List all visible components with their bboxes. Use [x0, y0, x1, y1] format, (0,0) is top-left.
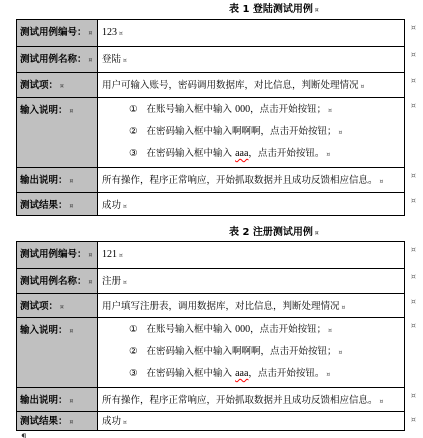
row-label: 输入说明：: [20, 325, 68, 336]
end-of-cell-mark-icon: ¤: [339, 129, 343, 136]
input-step-3: ③ 在密码输入框中输入 aaa，点击开始按钮。¤: [102, 367, 402, 381]
step-latin-value: 000: [235, 104, 250, 115]
end-of-cell-mark-icon: ¤: [123, 57, 127, 64]
table-2-caption: 表 2 注册测试用例¤: [229, 227, 319, 240]
end-of-cell-mark-icon: ¤: [119, 252, 123, 259]
row-label-cell: 输出说明：¤: [17, 388, 98, 411]
test-item-value: 用户可输入账号，密码调用数据库，对比信息，判断处理情况: [102, 80, 359, 91]
row-label-cell: 输入说明：¤: [17, 318, 98, 387]
table-row-output-description: 输出说明：¤ 所有操作，程序正常响应，开始抓取数据并且成功反馈相应信息。¤ ¤: [17, 388, 404, 412]
circled-2-icon: ②: [129, 125, 138, 139]
table-row-input-description: 输入说明：¤ ① 在账号输入框中输入 000，点击开始按钮；¤ ② 在密码输入框…: [17, 98, 404, 168]
end-of-cell-mark-icon: ¤: [70, 328, 74, 335]
row-value-cell: 123¤: [98, 20, 404, 46]
test-item-value: 用户填写注册表，调用数据库，对比信息，判断处理情况: [102, 301, 340, 312]
step-text-post: ，点击开始按钮；: [250, 104, 326, 115]
end-of-cell-mark-icon: ¤: [60, 83, 64, 90]
case-name-value: 注册: [102, 276, 121, 287]
row-label-cell: 输出说明：¤: [17, 168, 98, 192]
row-label: 测试用例名称：: [20, 54, 87, 65]
row-label-cell: 测试结果：¤: [17, 193, 98, 215]
misspelled-word: aaa: [235, 368, 248, 379]
end-of-row-mark-icon: ¤: [411, 24, 416, 32]
test-result-value: 成功: [102, 416, 121, 427]
end-of-cell-mark-icon: ¤: [89, 30, 93, 37]
row-label: 测试用例编号：: [20, 27, 87, 38]
test-case-table-register: 测试用例编号：¤ 121¤ ¤ 测试用例名称：¤ 注册¤ ¤ 测试项：¤ 用户填…: [16, 241, 405, 431]
end-of-cell-mark-icon: ¤: [380, 398, 384, 405]
test-result-value: 成功: [102, 200, 121, 211]
end-of-cell-mark-icon: ¤: [89, 57, 93, 64]
end-of-cell-mark-icon: ¤: [60, 304, 64, 311]
end-of-cell-mark-icon: ¤: [70, 178, 74, 185]
row-label-cell: 测试用例编号：¤: [17, 242, 98, 268]
table-1-caption-text: 表 1 登陆测试用例: [229, 4, 313, 15]
row-value-cell: 成功¤: [98, 412, 404, 430]
end-of-row-mark-icon: ¤: [411, 322, 416, 330]
paragraph-mark-icon: ¤: [315, 230, 319, 237]
circled-3-icon: ③: [129, 367, 138, 381]
row-value-cell: ① 在账号输入框中输入 000，点击开始按钮；¤ ② 在密码输入框中输入啊啊啊，…: [98, 318, 404, 387]
input-step-3: ③ 在密码输入框中输入 aaa，点击开始按钮。¤: [102, 147, 402, 161]
table-row-case-id: 测试用例编号：¤ 123¤ ¤: [17, 20, 404, 47]
row-label: 测试项：: [20, 301, 58, 312]
end-of-row-mark-icon: ¤: [411, 298, 416, 306]
end-of-cell-mark-icon: ¤: [361, 83, 365, 90]
table-2-caption-text: 表 2 注册测试用例: [229, 227, 313, 238]
output-description-value: 所有操作，程序正常响应，开始抓取数据并且成功反馈相应信息。: [102, 395, 378, 406]
step-text-post: ，点击开始按钮。: [248, 148, 324, 159]
row-label-cell: 测试用例编号：¤: [17, 20, 98, 46]
circled-3-icon: ③: [129, 147, 138, 161]
end-of-row-mark-icon: ¤: [411, 246, 416, 254]
circled-1-icon: ①: [129, 323, 138, 337]
case-name-value: 登陆: [102, 54, 121, 65]
row-value-cell: 所有操作，程序正常响应，开始抓取数据并且成功反馈相应信息。¤: [98, 168, 404, 192]
step-text-pre: 在账号输入框中输入: [147, 324, 236, 335]
input-step-2: ② 在密码输入框中输入啊啊啊，点击开始按钮；¤: [102, 125, 402, 139]
row-label: 测试结果：: [20, 416, 68, 427]
row-label-cell: 测试用例名称：¤: [17, 47, 98, 72]
end-of-row-mark-icon: ¤: [411, 392, 416, 400]
table-row-output-description: 输出说明：¤ 所有操作，程序正常响应，开始抓取数据并且成功反馈相应信息。¤ ¤: [17, 168, 404, 193]
end-of-row-mark-icon: ¤: [411, 102, 416, 110]
step-text: 在账号输入框中输入 000，点击开始按钮；¤: [147, 323, 332, 337]
end-of-cell-mark-icon: ¤: [328, 107, 332, 114]
end-of-row-mark-icon: ¤: [411, 197, 416, 205]
case-id-value: 123: [102, 27, 117, 38]
input-step-1: ① 在账号输入框中输入 000，点击开始按钮；¤: [102, 103, 402, 117]
row-value-cell: ① 在账号输入框中输入 000，点击开始按钮；¤ ② 在密码输入框中输入啊啊啊，…: [98, 98, 404, 167]
document-page: { "colors": { "label_cell_bg": "#c0c0c0"…: [0, 0, 423, 438]
end-of-cell-mark-icon: ¤: [89, 279, 93, 286]
row-label-cell: 测试用例名称：¤: [17, 269, 98, 293]
table-row-case-name: 测试用例名称：¤ 注册¤ ¤: [17, 269, 404, 294]
step-text-pre: 在密码输入框中输入: [147, 148, 236, 159]
end-of-cell-mark-icon: ¤: [339, 349, 343, 356]
step-text-body: 在密码输入框中输入啊啊啊，点击开始按钮；: [147, 126, 337, 137]
row-label: 测试用例编号：: [20, 249, 87, 260]
input-step-2: ② 在密码输入框中输入啊啊啊，点击开始按钮；¤: [102, 345, 402, 359]
end-of-cell-mark-icon: ¤: [326, 371, 330, 378]
test-case-table-login: 测试用例编号：¤ 123¤ ¤ 测试用例名称：¤ 登陆¤ ¤ 测试项：¤ 用户可…: [16, 19, 405, 216]
end-of-row-mark-icon: ¤: [411, 172, 416, 180]
step-text: 在密码输入框中输入啊啊啊，点击开始按钮；¤: [147, 125, 343, 139]
end-of-cell-mark-icon: ¤: [70, 108, 74, 115]
output-description-value: 所有操作，程序正常响应，开始抓取数据并且成功反馈相应信息。: [102, 175, 378, 186]
table-row-test-result: 测试结果：¤ 成功¤ ¤: [17, 193, 404, 215]
end-of-cell-mark-icon: ¤: [326, 151, 330, 158]
row-value-cell: 成功¤: [98, 193, 404, 215]
end-of-row-mark-icon: ¤: [411, 51, 416, 59]
step-text: 在密码输入框中输入啊啊啊，点击开始按钮；¤: [147, 345, 343, 359]
paragraph-mark-icon: ¤: [315, 7, 319, 14]
table-1-caption: 表 1 登陆测试用例¤: [229, 4, 319, 17]
table-row-test-result: 测试结果：¤ 成功¤ ¤: [17, 412, 404, 430]
end-of-cell-mark-icon: ¤: [123, 203, 127, 210]
table-row-test-item: 测试项：¤ 用户可输入账号，密码调用数据库，对比信息，判断处理情况¤ ¤: [17, 73, 404, 98]
step-text-pre: 在账号输入框中输入: [147, 104, 236, 115]
case-id-value: 121: [102, 249, 117, 260]
row-value-cell: 注册¤: [98, 269, 404, 293]
row-label: 输出说明：: [20, 175, 68, 186]
row-label-cell: 测试项：¤: [17, 73, 98, 97]
row-value-cell: 用户可输入账号，密码调用数据库，对比信息，判断处理情况¤: [98, 73, 404, 97]
row-label: 输入说明：: [20, 105, 68, 116]
end-of-cell-mark-icon: ¤: [70, 203, 74, 210]
end-of-cell-mark-icon: ¤: [342, 304, 346, 311]
circled-2-icon: ②: [129, 345, 138, 359]
row-label: 测试结果：: [20, 200, 68, 211]
row-value-cell: 登陆¤: [98, 47, 404, 72]
end-of-cell-mark-icon: ¤: [119, 30, 123, 37]
row-label-cell: 测试结果：¤: [17, 412, 98, 430]
end-of-cell-mark-icon: ¤: [328, 327, 332, 334]
end-of-cell-mark-icon: ¤: [70, 419, 74, 426]
step-text-post: ，点击开始按钮。: [248, 368, 324, 379]
row-value-cell: 所有操作，程序正常响应，开始抓取数据并且成功反馈相应信息。¤: [98, 388, 404, 411]
end-of-row-mark-icon: ¤: [411, 273, 416, 281]
end-of-row-mark-icon: ¤: [411, 77, 416, 85]
end-of-cell-mark-icon: ¤: [123, 279, 127, 286]
row-value-cell: 121¤: [98, 242, 404, 268]
row-label-cell: 测试项：¤: [17, 294, 98, 317]
end-of-row-mark-icon: ¤: [411, 416, 416, 424]
input-step-1: ① 在账号输入框中输入 000，点击开始按钮；¤: [102, 323, 402, 337]
table-row-case-name: 测试用例名称：¤ 登陆¤ ¤: [17, 47, 404, 73]
paragraph-mark-icon: ¶: [21, 433, 27, 438]
misspelled-word: aaa: [235, 148, 248, 159]
end-of-cell-mark-icon: ¤: [70, 398, 74, 405]
end-of-cell-mark-icon: ¤: [123, 419, 127, 426]
step-text-pre: 在密码输入框中输入: [147, 368, 236, 379]
step-latin-value: 000: [235, 324, 250, 335]
step-text-post: ，点击开始按钮；: [250, 324, 326, 335]
step-text: 在密码输入框中输入 aaa，点击开始按钮。¤: [147, 367, 331, 381]
table-row-test-item: 测试项：¤ 用户填写注册表，调用数据库，对比信息，判断处理情况¤ ¤: [17, 294, 404, 318]
step-text-body: 在密码输入框中输入啊啊啊，点击开始按钮；: [147, 346, 337, 357]
step-text: 在密码输入框中输入 aaa，点击开始按钮。¤: [147, 147, 331, 161]
circled-1-icon: ①: [129, 103, 138, 117]
row-label: 输出说明：: [20, 395, 68, 406]
end-of-cell-mark-icon: ¤: [89, 252, 93, 259]
table-row-input-description: 输入说明：¤ ① 在账号输入框中输入 000，点击开始按钮；¤ ② 在密码输入框…: [17, 318, 404, 388]
row-label-cell: 输入说明：¤: [17, 98, 98, 167]
end-of-cell-mark-icon: ¤: [380, 178, 384, 185]
row-value-cell: 用户填写注册表，调用数据库，对比信息，判断处理情况¤: [98, 294, 404, 317]
step-text: 在账号输入框中输入 000，点击开始按钮；¤: [147, 103, 332, 117]
row-label: 测试项：: [20, 80, 58, 91]
table-row-case-id: 测试用例编号：¤ 121¤ ¤: [17, 242, 404, 269]
row-label: 测试用例名称：: [20, 276, 87, 287]
